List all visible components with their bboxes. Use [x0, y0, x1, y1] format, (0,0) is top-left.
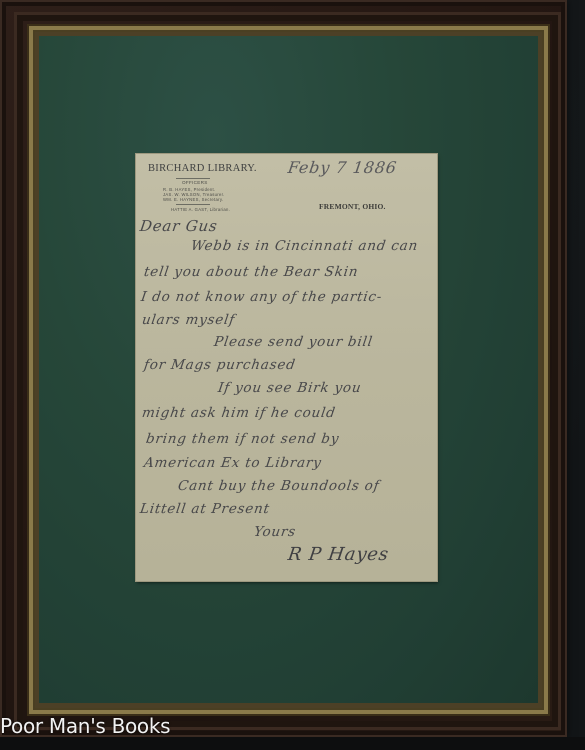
librarian-line: HATTIE A. GAST, Librarian.	[171, 207, 230, 212]
letter-line: tell you about the Bear Skin	[143, 264, 360, 280]
letterhead-city: FREMONT, OHIO.	[319, 202, 386, 211]
letter-line: for Mags purchased	[143, 357, 297, 373]
letter-line: Please send your bill	[213, 334, 374, 350]
watermark: Poor Man's Books	[0, 714, 170, 738]
letter-closing: Yours	[253, 524, 297, 540]
picture-frame: BIRCHARD LIBRARY. OFFICERS R. B. HAYES, …	[0, 0, 567, 737]
letterhead-rule	[176, 204, 210, 205]
letter-line: might ask him if he could	[141, 405, 337, 421]
officer-line: WM. E. HAYNES, Secretary.	[163, 197, 223, 202]
letter-line: Cant buy the Boundools of	[177, 478, 381, 494]
letter-line: Webb is in Cincinnati and can	[190, 238, 419, 254]
letter-paper: BIRCHARD LIBRARY. OFFICERS R. B. HAYES, …	[136, 154, 437, 581]
officers-heading: OFFICERS	[182, 180, 208, 185]
letterhead-rule	[176, 178, 210, 179]
letter-line: I do not know any of the partic-	[140, 289, 383, 305]
letter-date: Feby 7 1886	[287, 158, 399, 177]
letter-line: bring them if not send by	[145, 431, 340, 447]
letter-line: If you see Birk you	[217, 380, 363, 396]
signature: R P Hayes	[287, 544, 391, 565]
letter-line: ulars myself	[141, 312, 236, 328]
bottom-shadow	[0, 737, 585, 750]
letter-line: Littell at Present	[139, 501, 271, 517]
letter-line: American Ex to Library	[143, 455, 323, 471]
salutation: Dear Gus	[139, 217, 219, 235]
letterhead-title: BIRCHARD LIBRARY.	[148, 163, 257, 174]
